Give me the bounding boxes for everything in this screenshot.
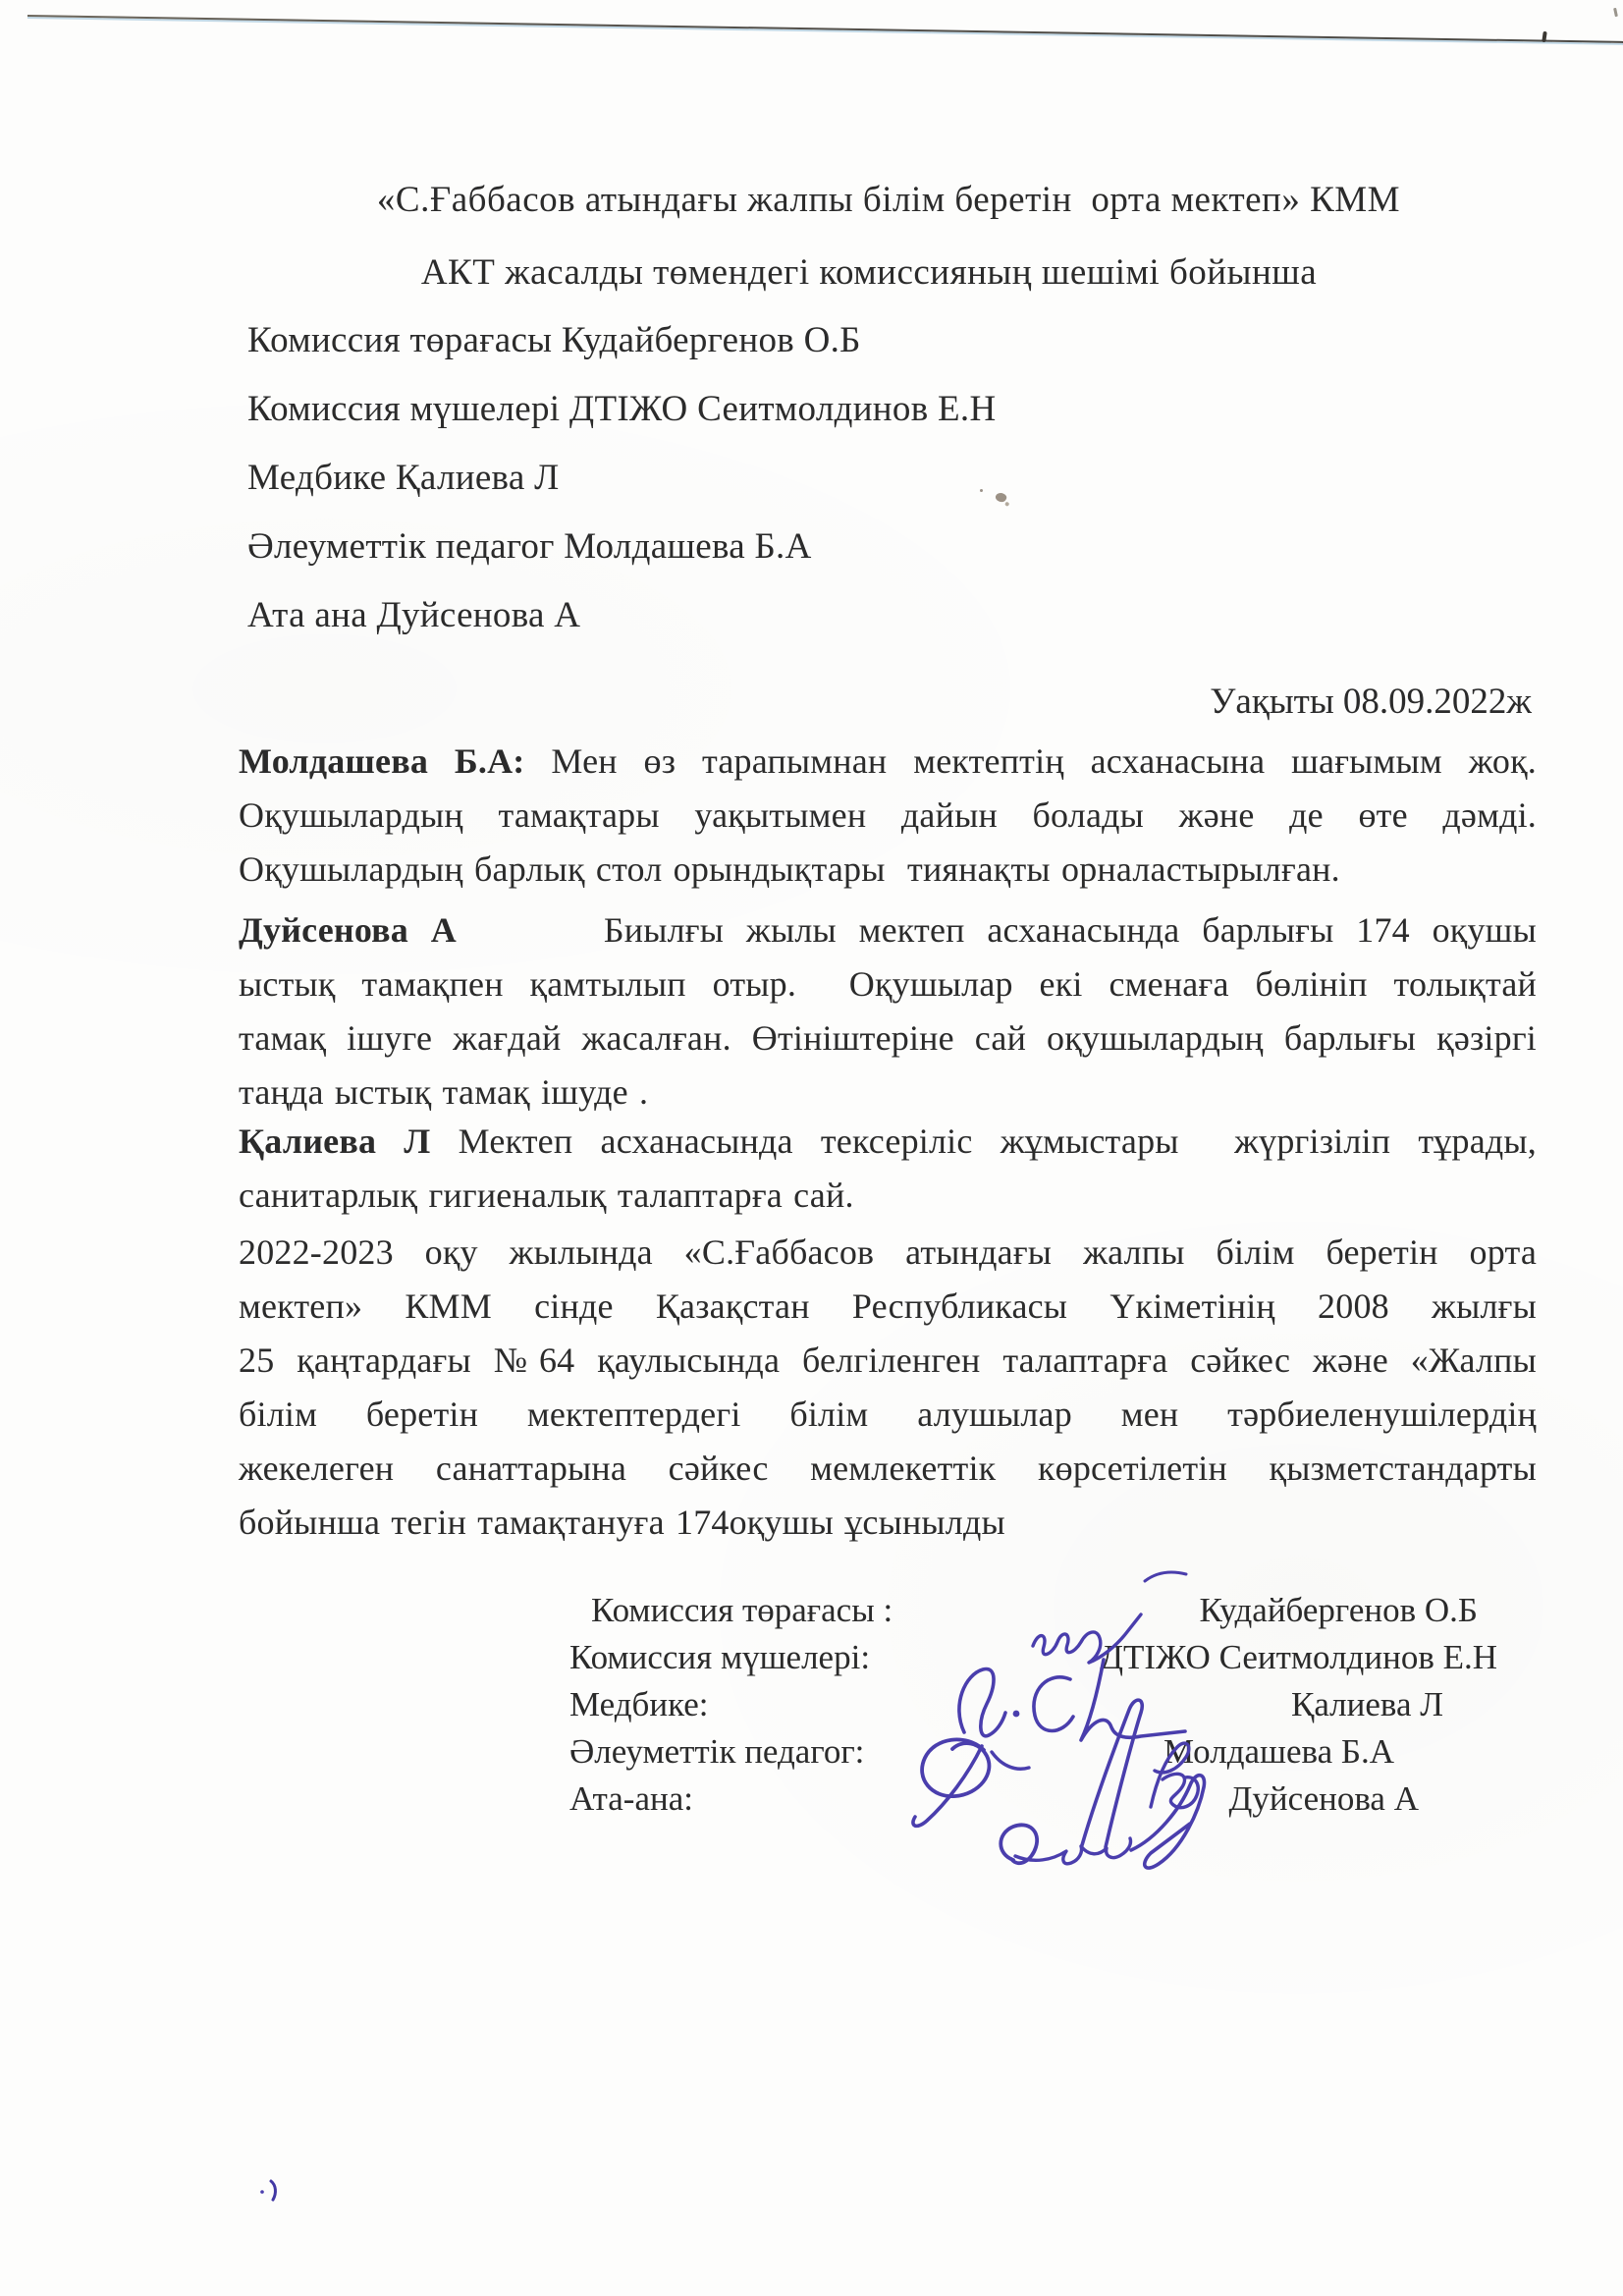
commission-members-line: Комиссия мүшелері ДТІЖО Сеитмолдинов Е.Н: [247, 388, 997, 431]
commission-nurse-line: Медбике Қалиева Л: [247, 457, 560, 500]
paragraph-line: бойынша тегін тамақтануға 174оқушы ұсыны…: [239, 1496, 1537, 1550]
statement-line: Дуйсенова АБиылғы жылы мектеп асханасынд…: [239, 903, 1537, 957]
statement-kalieva: Қалиева Л Мектеп асханасында тексеріліс …: [239, 1115, 1537, 1223]
paragraph-line: жекелеген санаттарына сәйкес мемлекеттік…: [239, 1442, 1537, 1496]
scan-speck: [995, 491, 1008, 504]
commission-chairman-line: Комиссия төрағасы Кудайбергенов О.Б: [247, 319, 861, 362]
handwritten-signatures-ink: [866, 1544, 1288, 1878]
statement-line: Оқушылардың тамақтары уақытымен дайын бо…: [239, 789, 1537, 843]
paragraph-line: 25 қаңтардағы №64 қаулысында белгіленген…: [239, 1334, 1537, 1388]
scan-speck: [980, 489, 983, 492]
signature-role-label: Комиссия мүшелері:: [569, 1634, 870, 1681]
paragraph-line: 2022-2023 оқу жылында «С.Ғаббасов атында…: [239, 1226, 1537, 1280]
statement-line: ыстық тамақпен қамтылып отыр. Оқушылар е…: [239, 957, 1537, 1011]
scanner-edge-line: [27, 15, 1623, 43]
signature-role-label: Медбике:: [569, 1681, 708, 1728]
paragraph-line: білім беретін мектептердегі білім алушыл…: [239, 1388, 1537, 1442]
statement-moldasheva: Молдашева Б.А: Мен өз тарапымнан мектепт…: [239, 735, 1537, 897]
document-title-line2: АКТ жасалды төмендегі комиссияның шешімі…: [241, 251, 1497, 295]
statement-line: Молдашева Б.А: Мен өз тарапымнан мектепт…: [239, 735, 1537, 789]
statement-line: таңда ыстық тамақ ішуде .: [239, 1066, 1537, 1120]
scan-speck: [1613, 8, 1618, 17]
statement-duisenova: Дуйсенова АБиылғы жылы мектеп асханасынд…: [239, 903, 1537, 1120]
scanned-document-page: «С.Ғаббасов атындағы жалпы білім беретін…: [0, 0, 1623, 2296]
statement-line: тамақ ішуге жағдай жасалған. Өтініштерін…: [239, 1011, 1537, 1066]
speaker-name: Молдашева Б.А:: [239, 741, 524, 781]
signatory-name: Қалиева Л: [1291, 1681, 1443, 1728]
signature-role-label: Ата-ана:: [569, 1776, 693, 1823]
document-title-line1: «С.Ғаббасов атындағы жалпы білім беретін…: [241, 179, 1537, 222]
date-line: Уақыты 08.09.2022ж: [241, 681, 1532, 724]
commission-parent-line: Ата ана Дуйсенова А: [247, 594, 580, 637]
paragraph-line: мектеп» КММ сінде Қазақстан Республикасы…: [239, 1280, 1537, 1334]
statement-line: Қалиева Л Мектеп асханасында тексеріліс …: [239, 1115, 1537, 1169]
signature-role-label: Комиссия төрағасы :: [591, 1587, 893, 1634]
commission-social-pedagogue-line: Әлеуметтік педагог Молдашева Б.А: [247, 525, 812, 569]
stray-ink-mark: [257, 2178, 287, 2204]
speaker-name: Қалиева Л: [239, 1121, 430, 1161]
speaker-name: Дуйсенова А: [239, 910, 457, 950]
statement-line: санитарлық гигиеналық талаптарға сай.: [239, 1169, 1537, 1223]
statement-line: Оқушылардың барлық стол орындықтары тиян…: [239, 843, 1537, 897]
signature-role-label: Әлеуметтік педагог:: [569, 1728, 864, 1776]
final-paragraph: 2022-2023 оқу жылында «С.Ғаббасов атында…: [239, 1226, 1537, 1550]
